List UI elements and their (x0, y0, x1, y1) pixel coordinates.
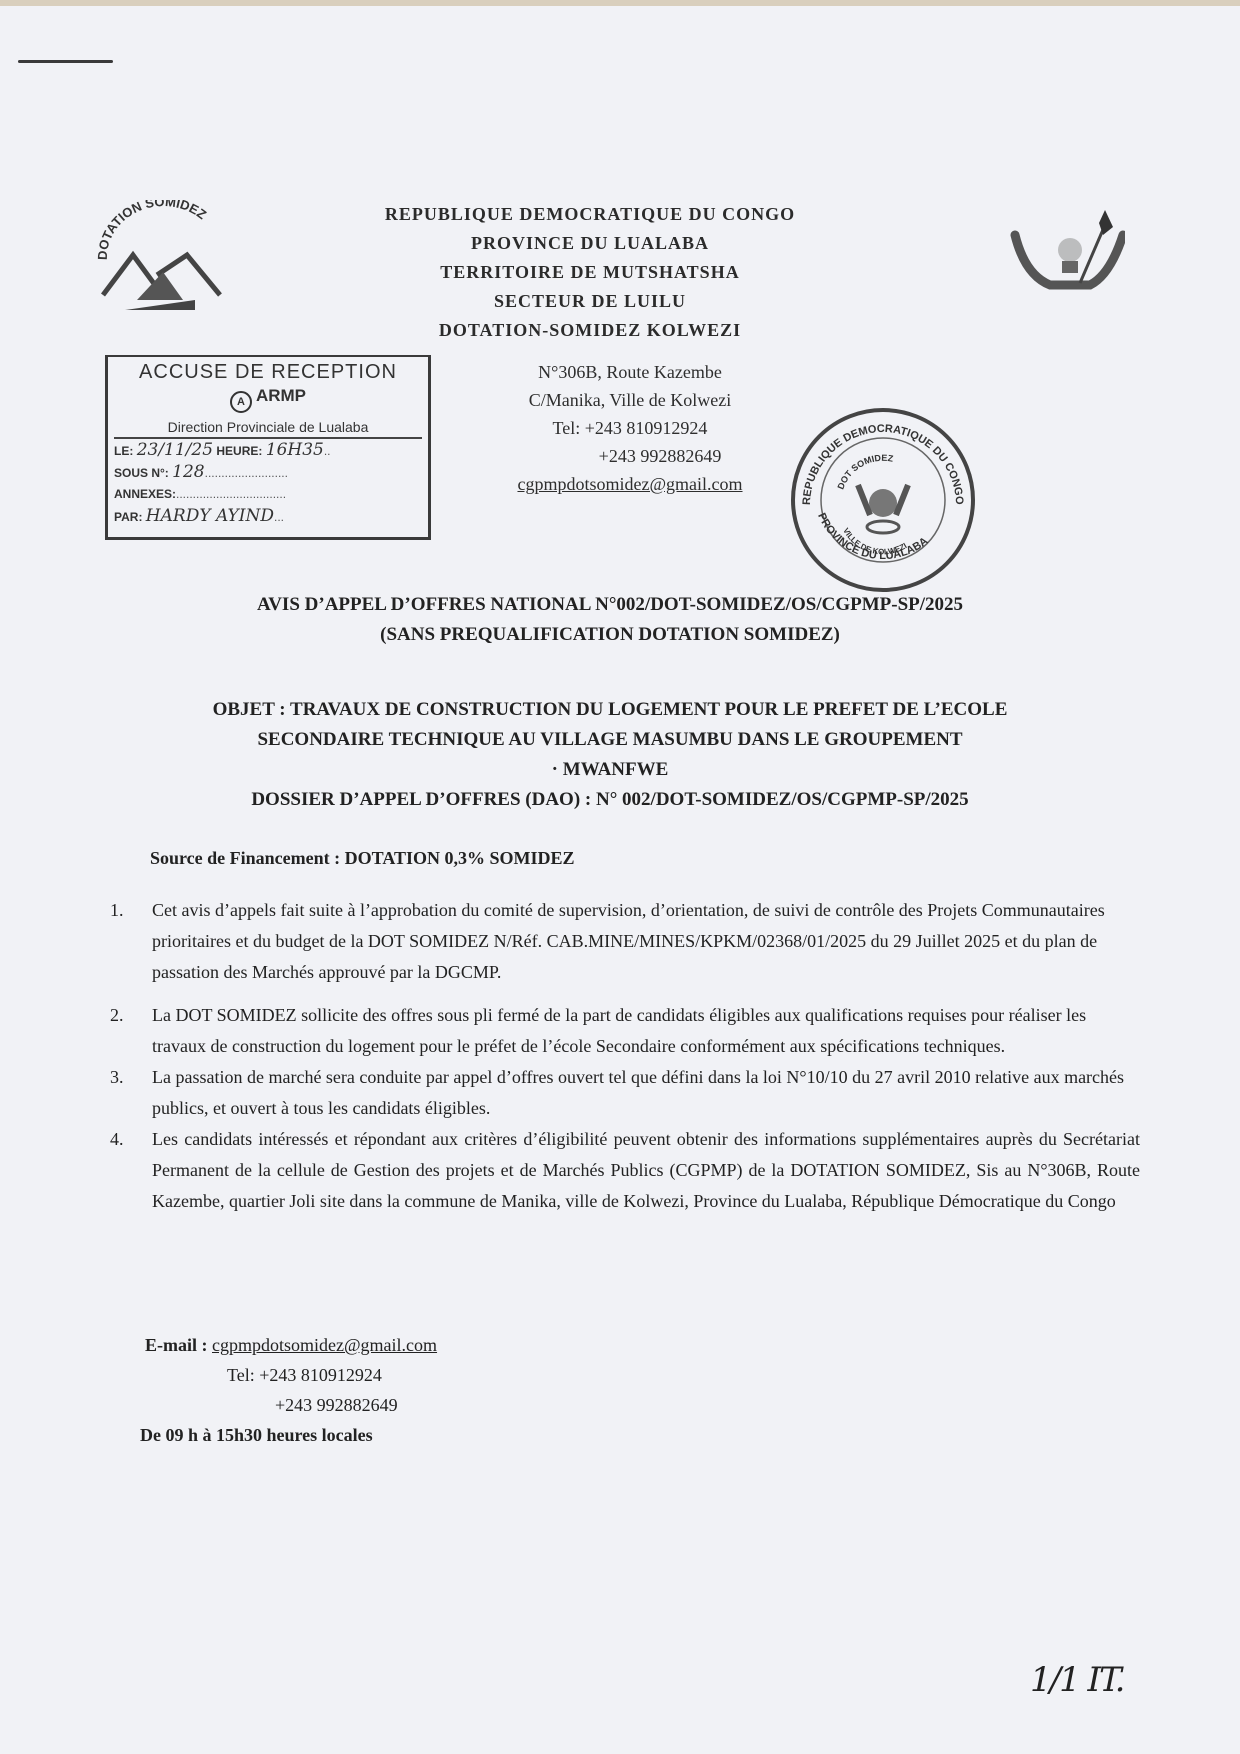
header-line: TERRITOIRE DE MUTSHATSHA (340, 258, 840, 287)
header-email-link[interactable]: cgpmpdotsomidez@gmail.com (460, 470, 800, 498)
letterhead: REPUBLIQUE DEMOCRATIQUE DU CONGO PROVINC… (340, 200, 840, 345)
stamp-direction: Direction Provinciale de Lualaba (114, 419, 422, 439)
stamp-receiver: HARDY AYIND (146, 506, 274, 526)
contact-block: E-mail : cgpmpdotsomidez@gmail.com Tel: … (145, 1330, 437, 1450)
stamp-by-row: PAR: HARDY AYIND... (108, 505, 428, 527)
dao-reference: DOSSIER D’APPEL D’OFFRES (DAO) : N° 002/… (110, 785, 1110, 815)
object-line: · MWANFWE (110, 755, 1110, 785)
svg-text:DOT SOMIDEZ: DOT SOMIDEZ (835, 453, 894, 491)
coat-of-arms-emblem (1005, 205, 1125, 300)
stamp-date-row: LE: 23/11/25 HEURE: 16H35.. (108, 439, 428, 461)
svg-text:DOTATION SOMIDEZ: DOTATION SOMIDEZ (95, 200, 209, 260)
contact-email-link[interactable]: cgpmpdotsomidez@gmail.com (212, 1335, 437, 1355)
contact-email-row: E-mail : cgpmpdotsomidez@gmail.com (145, 1330, 437, 1360)
office-hours: De 09 h à 15h30 heures locales (140, 1420, 437, 1450)
stamp-number-row: SOUS N°: 128......................... (108, 461, 428, 483)
contact-phone: Tel: +243 810912924 (145, 1360, 437, 1390)
notice-title: AVIS D’APPEL D’OFFRES NATIONAL N°002/DOT… (160, 590, 1060, 620)
scan-mark (18, 60, 113, 63)
notice-title-block: AVIS D’APPEL D’OFFRES NATIONAL N°002/DOT… (160, 590, 1060, 650)
contact-phone: +243 992882649 (145, 1390, 437, 1420)
reception-stamp: ACCUSE DE RECEPTION AARMP Direction Prov… (105, 355, 431, 540)
official-seal: REPUBLIQUE DEMOCRATIQUE DU CONGO PROVINC… (788, 405, 978, 595)
address-line: C/Manika, Ville de Kolwezi (460, 386, 800, 414)
header-line: DOTATION-SOMIDEZ KOLWEZI (340, 316, 840, 345)
stamp-org: AARMP (108, 386, 428, 413)
header-line: SECTEUR DE LUILU (340, 287, 840, 316)
scan-edge (0, 0, 1240, 6)
funding-source: Source de Financement : DOTATION 0,3% SO… (150, 848, 575, 869)
item-text: La DOT SOMIDEZ sollicite des offres sous… (152, 1005, 1086, 1056)
armp-logo-icon: A (230, 391, 252, 413)
item-text: Les candidats intéressés et répondant au… (152, 1129, 1140, 1211)
stamp-date: 23/11/25 (137, 440, 213, 460)
object-line: OBJET : TRAVAUX DE CONSTRUCTION DU LOGEM… (110, 695, 1110, 725)
phone-line: +243 992882649 (460, 442, 800, 470)
phone-line: Tel: +243 810912924 (460, 414, 800, 442)
stamp-annexes-row: ANNEXES:................................… (108, 483, 428, 505)
stamp-title: ACCUSE DE RECEPTION (108, 361, 428, 384)
notice-subtitle: (SANS PREQUALIFICATION DOTATION SOMIDEZ) (160, 620, 1060, 650)
stamp-number: 128 (172, 462, 204, 482)
list-item: 3. La passation de marché sera conduite … (100, 1062, 1140, 1124)
notice-items: 1. Cet avis d’appels fait suite à l’appr… (100, 895, 1140, 1217)
header-line: REPUBLIQUE DEMOCRATIQUE DU CONGO (340, 200, 840, 229)
list-item: 2. La DOT SOMIDEZ sollicite des offres s… (100, 1000, 1140, 1062)
item-text: Cet avis d’appels fait suite à l’approba… (152, 900, 1105, 982)
list-item: 1. Cet avis d’appels fait suite à l’appr… (100, 895, 1140, 988)
header-line: PROVINCE DU LUALABA (340, 229, 840, 258)
drc-coat-of-arms-icon (1005, 205, 1125, 300)
object-line: SECONDAIRE TECHNIQUE AU VILLAGE MASUMBU … (110, 725, 1110, 755)
round-seal-icon: REPUBLIQUE DEMOCRATIQUE DU CONGO PROVINC… (788, 405, 978, 595)
address-line: N°306B, Route Kazembe (460, 358, 800, 386)
mountain-logo-icon: DOTATION SOMIDEZ (95, 200, 225, 310)
object-block: OBJET : TRAVAUX DE CONSTRUCTION DU LOGEM… (110, 695, 1110, 815)
handwritten-initials: 1/1 IT. (1030, 1660, 1123, 1700)
item-text: La passation de marché sera conduite par… (152, 1067, 1124, 1118)
address-block: N°306B, Route Kazembe C/Manika, Ville de… (460, 358, 800, 498)
list-item: 4. Les candidats intéressés et répondant… (100, 1124, 1140, 1217)
dotation-somidez-logo: DOTATION SOMIDEZ (95, 200, 225, 310)
stamp-time: 16H35 (266, 440, 324, 460)
